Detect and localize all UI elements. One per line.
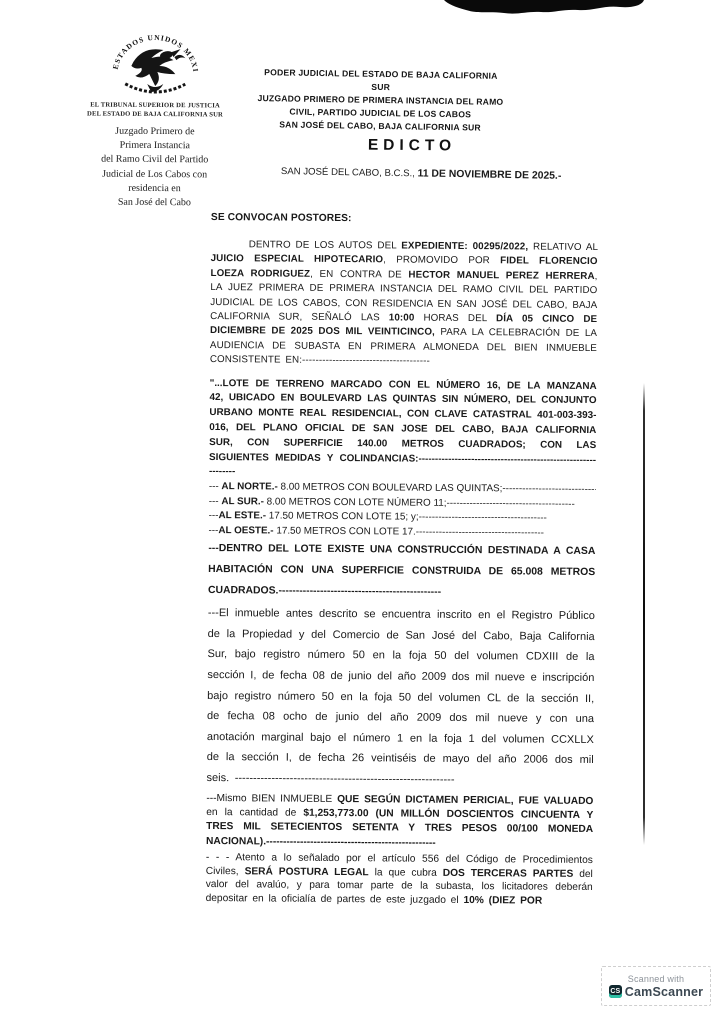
convocation-heading: SE CONVOCAN POSTORES: <box>211 212 598 226</box>
dateline-place: SAN JOSÉ DEL CABO, B.C.S., <box>281 166 418 179</box>
edicto-title: EDICTO <box>352 136 472 155</box>
eagle-emblem-icon <box>125 49 185 92</box>
scan-fold-line-artifact <box>643 383 645 845</box>
scan-smudge-artifact <box>438 0 648 20</box>
court-line: Juzgado Primero de <box>80 124 230 139</box>
paragraph-appraisal: ---Mismo BIEN INMUEBLE QUE SEGÚN DICTAME… <box>206 792 593 853</box>
camscanner-logo-icon: CS <box>609 985 622 998</box>
national-seal-icon: ESTADOS UNIDOS MEXICANOS <box>103 26 208 101</box>
letterhead: ESTADOS UNIDOS MEXICANOS EL TRIBUNAL SUP… <box>79 25 230 210</box>
tribunal-name: EL TRIBUNAL SUPERIOR DE JUSTICIA DEL EST… <box>80 101 230 119</box>
paragraph-registry: ---El inmueble antes descrito se encuent… <box>206 603 594 791</box>
scanned-with-label: Scanned with <box>628 974 684 984</box>
paragraph-property-description: "...LOTE DE TERRENO MARCADO CON EL NÚMER… <box>209 377 597 484</box>
camscanner-badge: Scanned with CS CamScanner <box>601 966 711 1006</box>
header-office-block: PODER JUDICIAL DEL ESTADO DE BAJA CALIFO… <box>254 66 507 135</box>
paragraph-expediente: DENTRO DE LOS AUTOS DEL EXPEDIENTE: 0029… <box>210 238 598 371</box>
dateline: SAN JOSÉ DEL CABO, B.C.S., 11 DE NOVIEMB… <box>281 166 601 183</box>
paragraph-construction: ---DENTRO DEL LOTE EXISTE UNA CONSTRUCCI… <box>208 538 595 604</box>
court-line: Primera Instancia <box>80 139 230 154</box>
document-page: ESTADOS UNIDOS MEXICANOS EL TRIBUNAL SUP… <box>0 0 719 1018</box>
court-line: Judicial de Los Cabos con <box>80 167 230 182</box>
tribunal-line: EL TRIBUNAL SUPERIOR DE JUSTICIA <box>80 101 230 111</box>
header-line: SAN JOSÉ DEL CABO, BAJA CALIFORNIA SUR <box>254 118 506 135</box>
court-name: Juzgado Primero de Primera Instancia del… <box>79 124 230 210</box>
camscanner-brand-label: CamScanner <box>625 985 703 999</box>
edict-body: SE CONVOCAN POSTORES: DENTRO DE LOS AUTO… <box>206 212 598 909</box>
court-line: residencia en <box>79 181 229 196</box>
camscanner-brand-row: CS CamScanner <box>609 985 703 999</box>
header-line: PODER JUDICIAL DEL ESTADO DE BAJA CALIFO… <box>255 66 507 96</box>
court-line: del Ramo Civil del Partido <box>80 153 230 168</box>
dateline-date: 11 DE NOVIEMBRE DE 2025.- <box>417 168 561 182</box>
court-line: San José del Cabo <box>79 195 229 210</box>
tribunal-line: DEL ESTADO DE BAJA CALIFORNIA SUR <box>80 110 230 120</box>
paragraph-legal-bid: - - - Atento a lo señalado por el artícu… <box>206 851 593 908</box>
